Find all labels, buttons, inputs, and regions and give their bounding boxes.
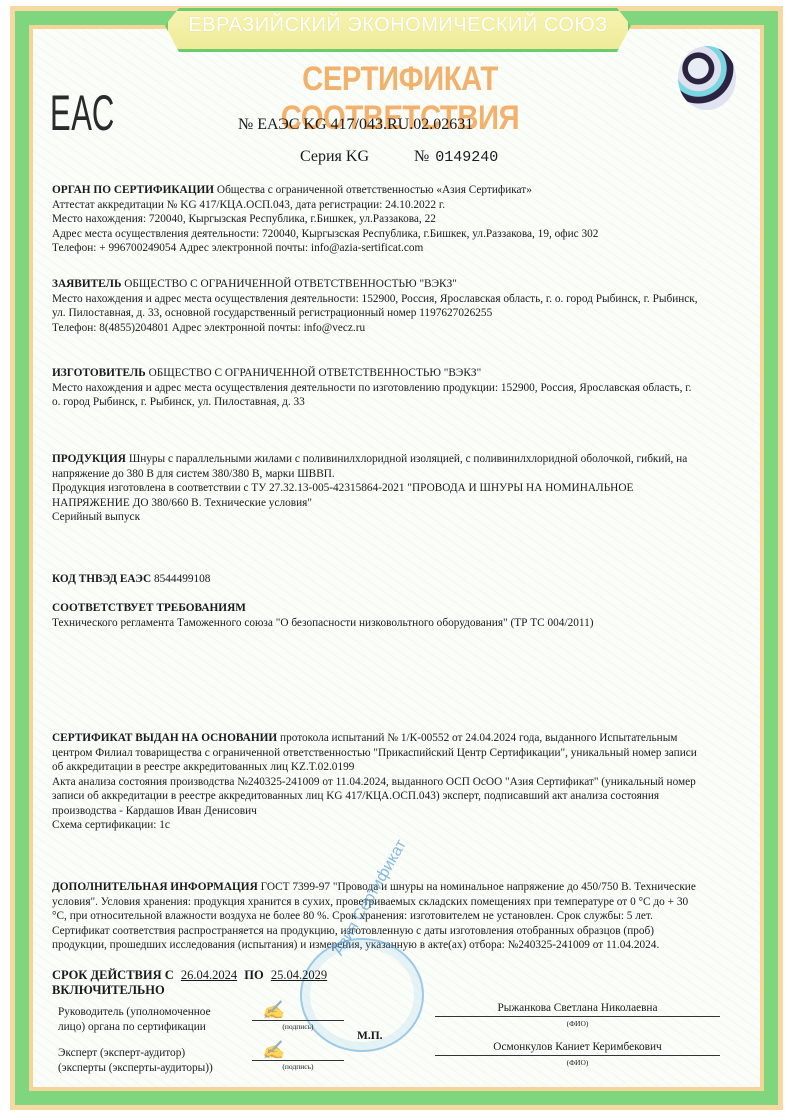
section-heading: КОД ТНВЭД ЕАЭС (52, 573, 151, 585)
head-name-caption: (ФИО) (435, 1019, 720, 1028)
head-signature-caption: (подпись) (252, 1022, 344, 1031)
text-line: Акта анализа состояния производства №240… (52, 775, 742, 790)
expert-full-name: Осмонкулов Каниет Керимбекович (435, 1041, 720, 1053)
head-signature-line (252, 1020, 344, 1021)
head-role-line: лицо) органа по сертификации (58, 1020, 211, 1035)
head-role-line: Руководитель (уполномоченное (58, 1005, 211, 1020)
product-description: Шнуры с параллельными жилами с поливинил… (129, 453, 687, 465)
text-line: Продукция изготовлена в соответствии с Т… (52, 481, 742, 496)
text-line: Место нахождения и адрес места осуществл… (52, 381, 742, 396)
text-line: Схема сертификации: 1с (52, 818, 742, 833)
validity-date-from: 26.04.2024 (177, 968, 241, 982)
validity-from-label: СРОК ДЕЙСТВИЯ С (52, 968, 174, 982)
text-line: производства - Кардашов Иван Денисович (52, 804, 742, 819)
hologram-icon (678, 46, 736, 110)
number-sign: № (414, 148, 429, 165)
text-line: Телефон: + 996700249054 Адрес электронно… (52, 241, 742, 256)
banner-text: ЕВРАЗИЙСКИЙ ЭКОНОМИЧЕСКИЙ СОЮЗ (165, 14, 631, 37)
section-heading: СЕРТИФИКАТ ВЫДАН НА ОСНОВАНИИ (52, 732, 277, 744)
validity-to-label: ПО (244, 968, 263, 982)
section-applicant: ЗАЯВИТЕЛЬ ОБЩЕСТВО С ОГРАНИЧЕННОЙ ОТВЕТС… (52, 277, 742, 335)
requirements-text: Технического регламента Таможенного союз… (52, 616, 742, 631)
text-line: Телефон: 8(4855)204801 Адрес электронной… (52, 321, 742, 336)
series-number: №0149240 (414, 148, 498, 166)
text-line: центром Филиал товарищества с ограниченн… (52, 746, 742, 761)
section-heading: ДОПОЛНИТЕЛЬНАЯ ИНФОРМАЦИЯ (52, 881, 258, 893)
text-line: Серийный выпуск (52, 510, 742, 525)
expert-role-line: Эксперт (эксперт-аудитор) (58, 1046, 213, 1061)
validity-inclusive-label: ВКЛЮЧИТЕЛЬНО (52, 983, 165, 997)
section-additional-info: ДОПОЛНИТЕЛЬНАЯ ИНФОРМАЦИЯ ГОСТ 7399-97 "… (52, 880, 742, 953)
blank-number: 0149240 (435, 149, 498, 166)
expert-signature-icon: ✍ (262, 1040, 284, 1061)
applicant-name: ОБЩЕСТВО С ОГРАНИЧЕННОЙ ОТВЕТСТВЕННОСТЬЮ… (124, 278, 457, 290)
section-basis: СЕРТИФИКАТ ВЫДАН НА ОСНОВАНИИ протокола … (52, 731, 742, 833)
text-line: записи об аккредитации в реестре аккреди… (52, 789, 742, 804)
text-line: ГОСТ 7399-97 "Провода и шнуры на номинал… (261, 881, 696, 893)
text-line: напряжение до 380 В для систем 380/380 В… (52, 467, 742, 482)
section-heading: ОРГАН ПО СЕРТИФИКАЦИИ (52, 184, 214, 196)
expert-role-line: (эксперты (эксперты-аудиторы)) (58, 1061, 213, 1076)
expert-name-caption: (ФИО) (435, 1058, 720, 1067)
head-signature-icon: ✍ (262, 1000, 284, 1021)
certification-body-name: Общества с ограниченной ответственностью… (217, 184, 532, 196)
text-line: НАПРЯЖЕНИЕ ДО 380/660 В. Технические усл… (52, 496, 742, 511)
text-line: ул. Пилоставная, д. 33, основной государ… (52, 306, 742, 321)
text-line: Адрес места осуществления деятельности: … (52, 227, 742, 242)
section-heading: СООТВЕТСТВУЕТ ТРЕБОВАНИЯМ (52, 602, 246, 614)
tnved-code: 8544499108 (154, 573, 210, 585)
section-heading: ПРОДУКЦИЯ (52, 453, 126, 465)
head-name-line (435, 1016, 720, 1017)
head-role: Руководитель (уполномоченное лицо) орган… (58, 1005, 211, 1034)
section-validity: СРОК ДЕЙСТВИЯ С 26.04.2024 ПО 25.04.2029… (52, 968, 742, 998)
text-line: протокола испытаний № 1/К-00552 от 24.04… (280, 732, 677, 744)
text-line: условия". Условия хранения: продукция хр… (52, 895, 742, 910)
section-requirements: СООТВЕТСТВУЕТ ТРЕБОВАНИЯМ Технического р… (52, 601, 742, 630)
expert-role: Эксперт (эксперт-аудитор) (эксперты (экс… (58, 1046, 213, 1075)
section-certification-body: ОРГАН ПО СЕРТИФИКАЦИИ Общества с огранич… (52, 183, 742, 256)
expert-signature-caption: (подпись) (252, 1062, 344, 1071)
eac-logo-icon: ЕАС (50, 84, 115, 142)
text-line: о. город Рыбинск, г. Рыбинск, ул. Пилост… (52, 395, 742, 410)
text-line: Место нахождения и адрес места осуществл… (52, 292, 742, 307)
validity-date-to: 25.04.2029 (267, 968, 331, 982)
section-heading: ИЗГОТОВИТЕЛЬ (52, 367, 146, 379)
expert-signature-line (252, 1060, 344, 1061)
manufacturer-name: ОБЩЕСТВО С ОГРАНИЧЕННОЙ ОТВЕТСТВЕННОСТЬЮ… (149, 367, 482, 379)
text-line: °С, при относительной влажности воздуха … (52, 909, 742, 924)
text-line: об аккредитации в реестре аккредитованны… (52, 760, 742, 775)
section-product: ПРОДУКЦИЯ Шнуры с параллельными жилами с… (52, 452, 742, 525)
section-manufacturer: ИЗГОТОВИТЕЛЬ ОБЩЕСТВО С ОГРАНИЧЕННОЙ ОТВ… (52, 366, 742, 410)
text-line: Место нахождения: 720040, Кыргызская Рес… (52, 212, 742, 227)
section-heading: ЗАЯВИТЕЛЬ (52, 278, 121, 290)
seal-label: М.П. (357, 1030, 383, 1042)
head-full-name: Рыжанкова Светлана Николаевна (435, 1002, 720, 1014)
series-label: Серия KG (300, 148, 369, 166)
certificate-number: № ЕАЭС KG 417/043.RU.02.02631 (238, 116, 473, 134)
expert-name-line (435, 1055, 720, 1056)
text-line: Сертификат соответствия распространяется… (52, 924, 742, 939)
text-line: Аттестат аккредитации № KG 417/КЦА.ОСП.0… (52, 198, 742, 213)
section-tnved: КОД ТНВЭД ЕАЭС 8544499108 (52, 572, 742, 587)
